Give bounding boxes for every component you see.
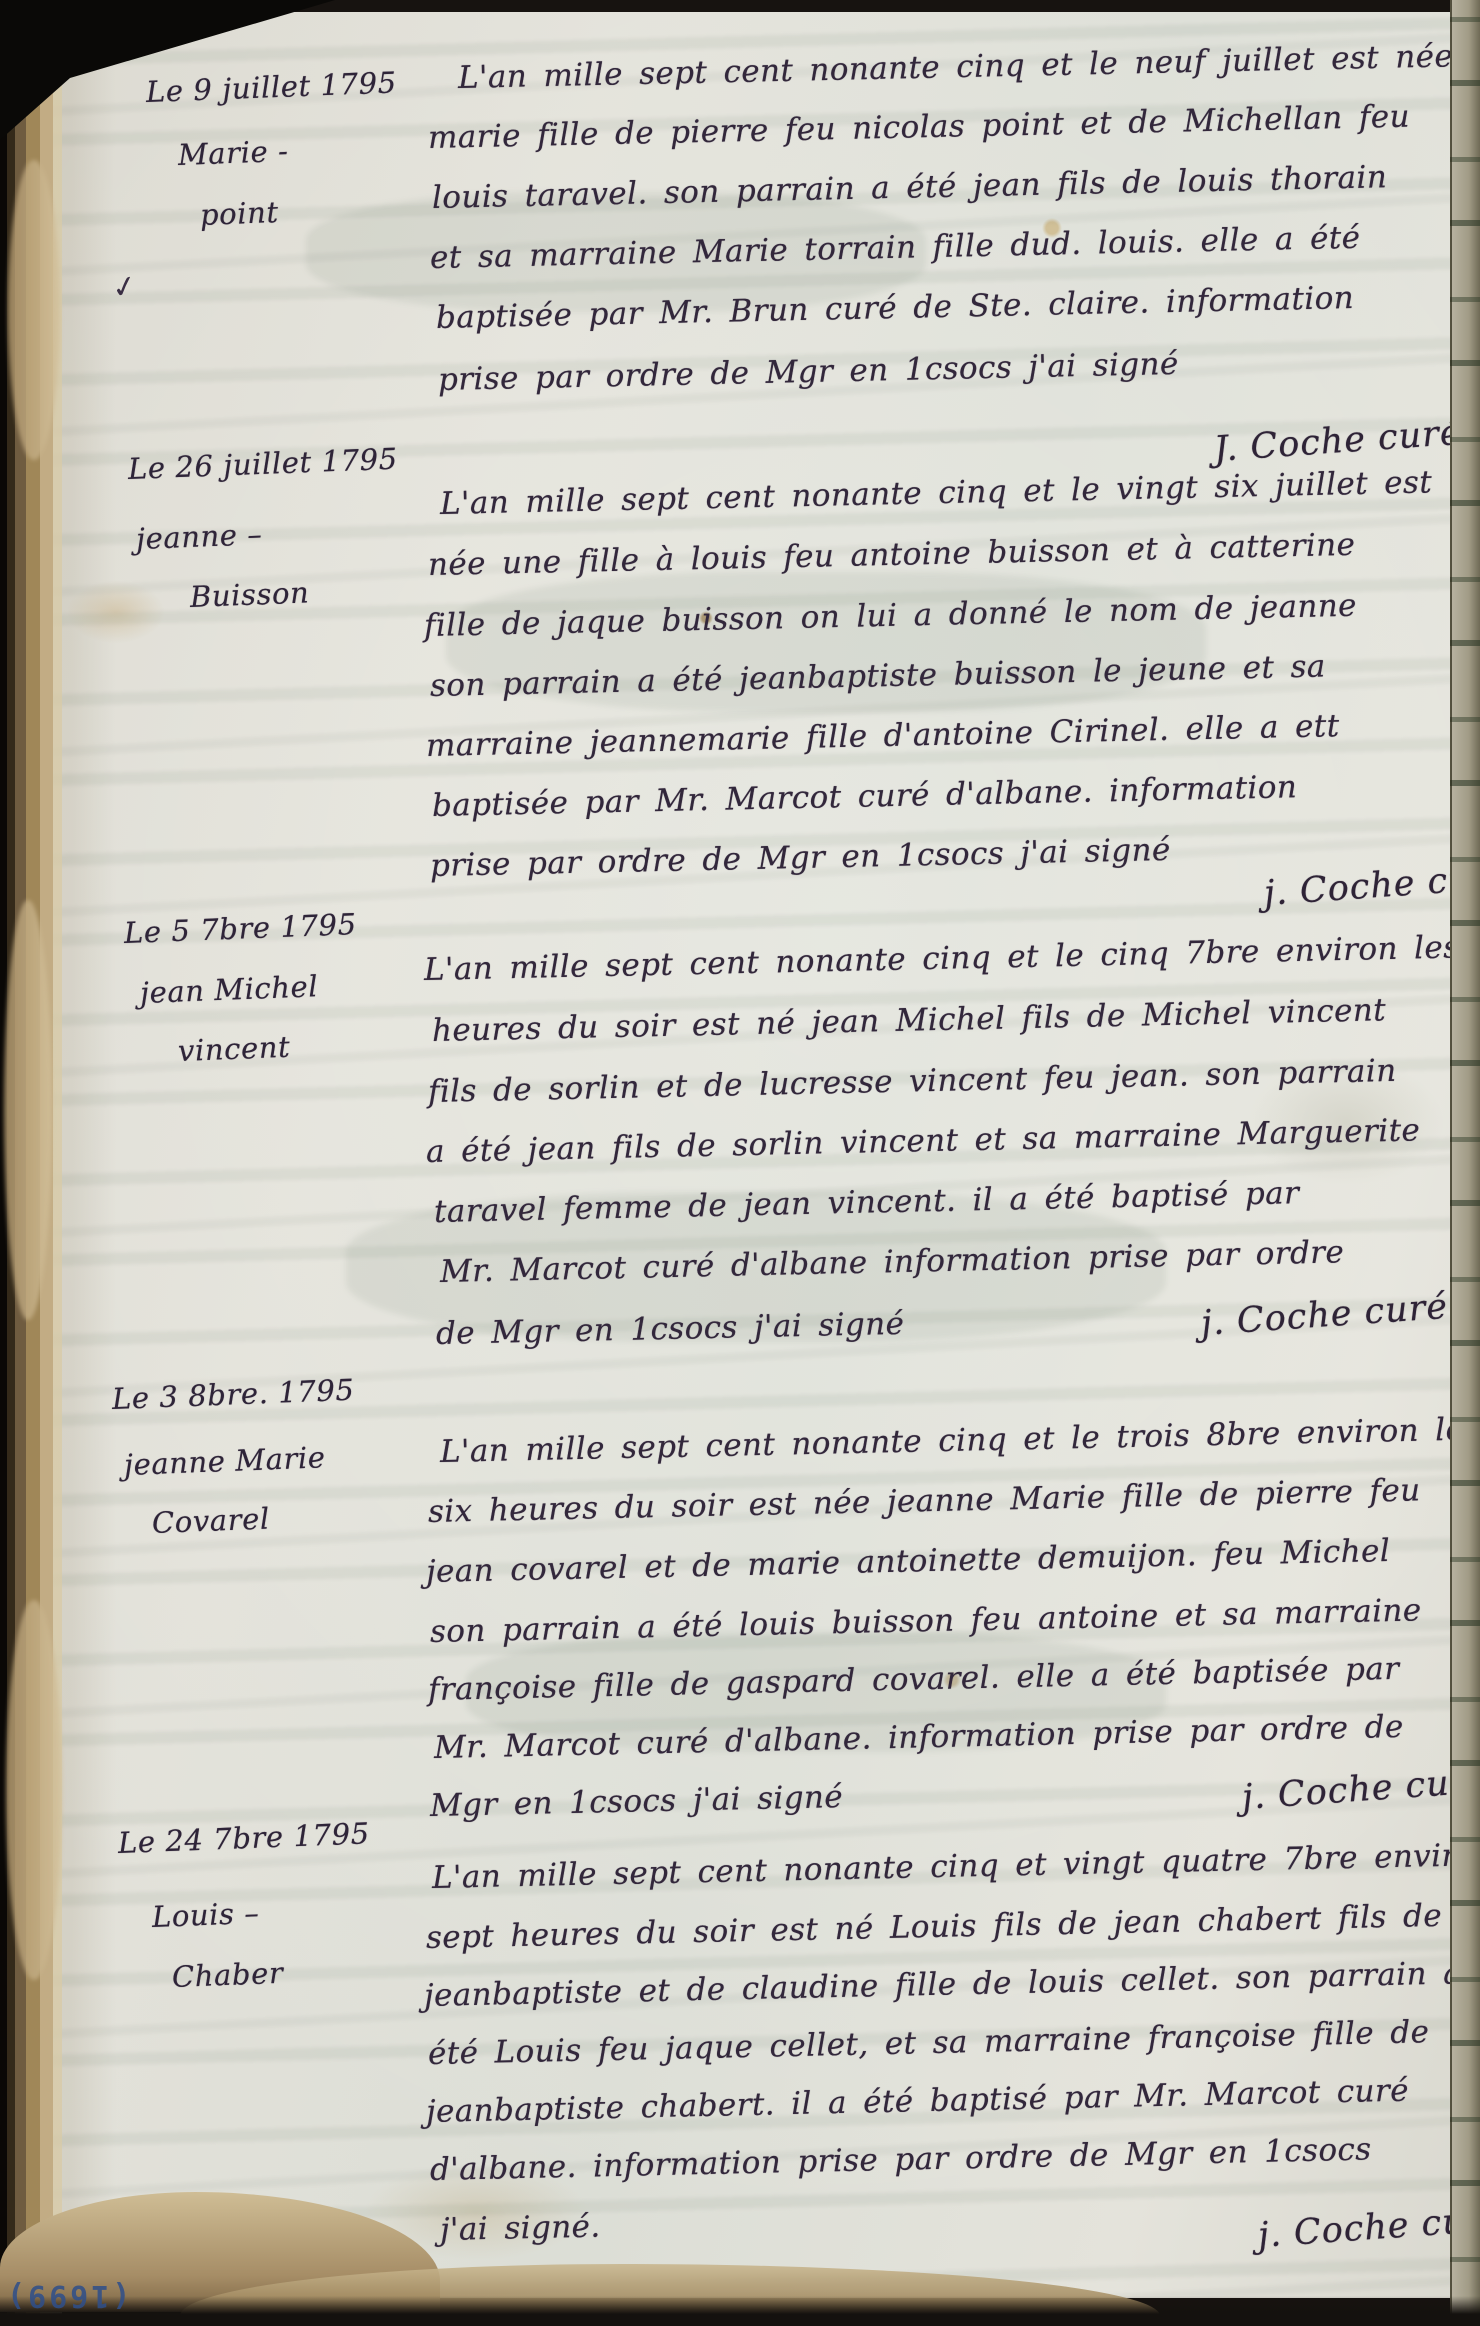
record-line: été Louis feu jaque cellet, et sa marrai… bbox=[428, 2014, 1430, 2072]
margin-name: Chaber bbox=[171, 1956, 284, 1994]
margin-name: Louis – bbox=[151, 1896, 260, 1934]
record-line: marie fille de pierre feu nicolas point … bbox=[428, 99, 1411, 156]
record-line: d'albane. information prise par ordre de… bbox=[430, 2131, 1372, 2188]
record-line: a été jean fils de sorlin vincent et sa … bbox=[426, 1112, 1421, 1170]
record-line: sept heures du soir est né Louis fils de… bbox=[426, 1898, 1443, 1956]
record-line: louis taravel. son parrain a été jean fi… bbox=[432, 159, 1388, 216]
record-line: Mr. Marcot curé d'albane. information pr… bbox=[434, 1709, 1404, 1766]
record-line: son parrain a été jeanbaptiste buisson l… bbox=[430, 648, 1326, 704]
record-line: Mgr en 1csocs j'ai signé bbox=[430, 1779, 844, 1824]
record-line: taravel femme de jean vincent. il a été … bbox=[434, 1175, 1300, 1230]
record-line: françoise fille de gaspard covarel. elle… bbox=[428, 1651, 1400, 1708]
margin-name: point bbox=[199, 195, 279, 232]
record-line: L'an mille sept cent nonante cinq et le … bbox=[458, 38, 1454, 96]
record-line: de Mgr en 1csocs j'ai signé bbox=[436, 1306, 905, 1352]
record-line: L'an mille sept cent nonante cinq et vin… bbox=[432, 1835, 1480, 1896]
archive-stamp: (1699) bbox=[4, 2278, 130, 2313]
record-line: Mr. Marcot curé d'albane information pri… bbox=[440, 1234, 1345, 1290]
margin-name: vincent bbox=[177, 1030, 291, 1068]
margin-date: Le 24 7bre 1795 bbox=[117, 1816, 370, 1860]
record-line: six heures du soir est née jeanne Marie … bbox=[428, 1472, 1421, 1530]
margin-name: Covarel bbox=[151, 1501, 270, 1539]
record-line: jeanbaptiste et de claudine fille de lou… bbox=[424, 1955, 1463, 2014]
record-line: jeanbaptiste chabert. il a été baptisé p… bbox=[426, 2073, 1410, 2130]
margin-name: Buisson bbox=[189, 575, 310, 614]
record-line: jean covarel et de marie antoinette demu… bbox=[426, 1533, 1391, 1590]
record-line: prise par ordre de Mgr en 1csocs j'ai si… bbox=[430, 832, 1171, 884]
record-line: marraine jeannemarie fille d'antoine Cir… bbox=[426, 708, 1340, 764]
record-line: L'an mille sept cent nonante cinq et le … bbox=[424, 927, 1480, 988]
cure-signature: J. Coche curé bbox=[1213, 413, 1463, 470]
record-line: née une fille à louis feu antoine buisso… bbox=[428, 527, 1356, 583]
record-line: j'ai signé. bbox=[440, 2209, 601, 2248]
record-line: prise par ordre de Mgr en 1csocs j'ai si… bbox=[438, 346, 1179, 398]
record-line: baptisée par Mr. Marcot curé d'albane. i… bbox=[432, 769, 1298, 824]
record-line: baptisée par Mr. Brun curé de Ste. clair… bbox=[436, 280, 1355, 336]
record-line: fille de jaque buisson on lui a donné le… bbox=[424, 588, 1358, 644]
margin-name: jeanne Marie bbox=[123, 1440, 326, 1482]
margin-date: Le 26 juillet 1795 bbox=[127, 442, 398, 486]
margin-name: Marie - bbox=[177, 134, 289, 172]
register-photo: Le 9 juillet 1795 Marie - point ✓ L'an m… bbox=[0, 0, 1480, 2326]
margin-date: Le 3 8bre. 1795 bbox=[111, 1373, 355, 1416]
record-line: L'an mille sept cent nonante cinq et le … bbox=[440, 464, 1433, 522]
cure-signature: j. Coche curé bbox=[1241, 1761, 1480, 1818]
record-line: et sa marraine Marie torrain fille dud. … bbox=[430, 220, 1361, 276]
record-line: L'an mille sept cent nonante cinq et le … bbox=[440, 1411, 1480, 1470]
page-edge-left bbox=[4, 900, 52, 1320]
cure-signature: j. Coche curé bbox=[1263, 857, 1480, 914]
margin-name: jeanne – bbox=[135, 517, 263, 556]
record-line: son parrain a été louis buisson feu anto… bbox=[430, 1592, 1422, 1650]
check-mark: ✓ bbox=[109, 268, 141, 307]
cure-signature: j. Coche curé bbox=[1200, 1287, 1450, 1344]
margin-date: Le 5 7bre 1795 bbox=[123, 907, 357, 950]
margin-name: jean Michel bbox=[139, 969, 318, 1010]
record-line: fils de sorlin et de lucresse vincent fe… bbox=[428, 1053, 1397, 1110]
record-line: heures du soir est né jean Michel fils d… bbox=[432, 992, 1387, 1049]
register-page: Le 9 juillet 1795 Marie - point ✓ L'an m… bbox=[46, 12, 1480, 2298]
margin-date: Le 9 juillet 1795 bbox=[145, 65, 397, 109]
cure-signature: j. Coche curé bbox=[1257, 2199, 1480, 2256]
